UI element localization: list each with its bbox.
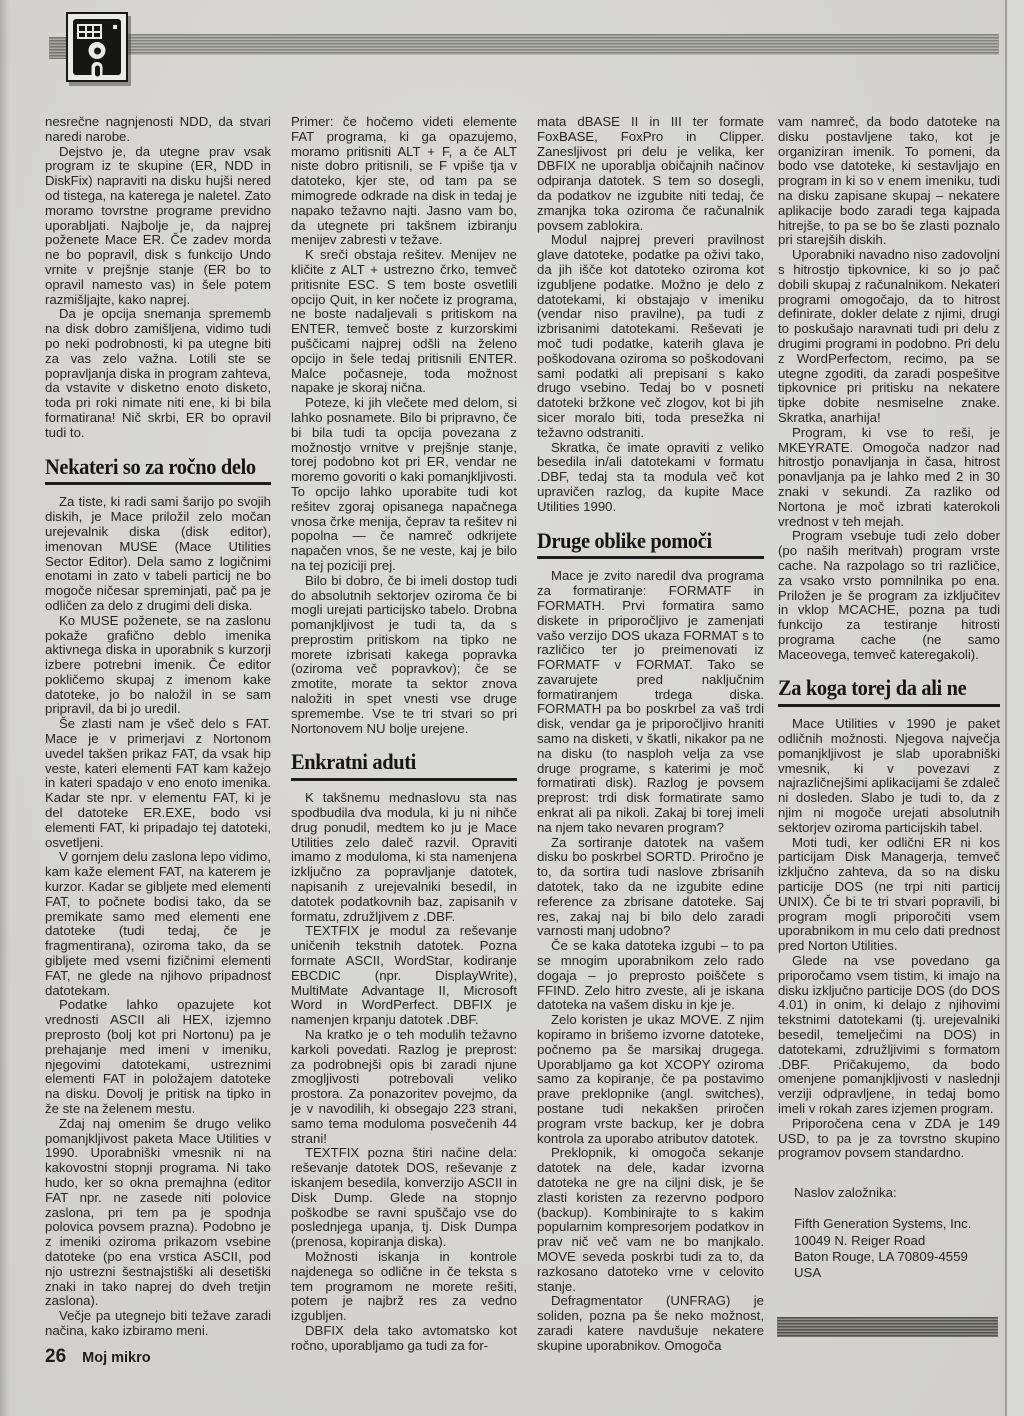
page-number: 26 — [45, 1346, 66, 1368]
paragraph: Zelo koristen je ukaz MOVE. Z njim kopir… — [537, 1013, 764, 1146]
section-heading-rocno-delo: Nekateri so za ročno delo — [45, 460, 271, 486]
floppy-disk-icon — [66, 12, 128, 82]
page-footer: 26 Moj mikro — [45, 1346, 151, 1368]
paragraph: Moti tudi, ker odlični ER ni kos partici… — [778, 836, 1000, 954]
paragraph: Ko MUSE poženete, se na zaslonu pokaže g… — [45, 614, 271, 718]
paragraph: Glede na vse povedano ga priporočamo vse… — [778, 954, 1000, 1117]
paragraph: Program, ki vse to reši, je MKEYRATE. Om… — [778, 426, 1000, 530]
floppy-disk-label — [77, 24, 102, 39]
text-column-2: Primer: če hočemo videti elemente FAT pr… — [291, 115, 517, 1354]
paragraph: Podatke lahko opazujete kot vrednosti AS… — [45, 998, 271, 1116]
paragraph: V gornjem delu zaslona lepo vidimo, kam … — [45, 850, 271, 998]
paragraph: mata dBASE II in III ter formate FoxBASE… — [537, 115, 764, 233]
publisher-address-line: USA — [794, 1265, 1000, 1281]
text-column-3: mata dBASE II in III ter formate FoxBASE… — [537, 115, 764, 1354]
paragraph: K takšnemu mednaslovu sta nas spodbudila… — [291, 791, 517, 924]
paragraph: vam namreč, da bodo datoteke na disku po… — [778, 115, 1000, 248]
paragraph: Dejstvo je, da utegne prav vsak program … — [45, 145, 271, 308]
paragraph: Da je opcija snemanja sprememb na disk d… — [45, 307, 271, 440]
paragraph: Za tiste, ki radi sami šarijo po svojih … — [45, 495, 271, 613]
page-left-edge-shade — [0, 0, 10, 1416]
paragraph: Primer: če hočemo videti elemente FAT pr… — [291, 115, 517, 248]
publisher-address-line: 10049 N. Reiger Road — [794, 1233, 1000, 1249]
paragraph: Priporočena cena v ZDA je 149 USD, to pa… — [778, 1117, 1000, 1161]
paragraph: Mace je zvito naredil dva programa za fo… — [537, 569, 764, 835]
publisher-label: Naslov založnika: — [794, 1185, 1000, 1201]
paragraph: Še zlasti nam je všeč delo s FAT. Mace j… — [45, 717, 271, 850]
magazine-page: nesrečne nagnjenosti NDD, da stvari nare… — [0, 0, 1024, 1416]
publisher-address: Fifth Generation Systems, Inc. 10049 N. … — [794, 1216, 1000, 1281]
paragraph: Če se kaka datoteka izgubi – to pa se mn… — [537, 939, 764, 1013]
section-heading-druge-oblike: Druge oblike pomoči — [537, 534, 764, 560]
paragraph: Večje pa utegnejo biti težave zaradi nač… — [45, 1309, 271, 1339]
paragraph: Skratka, če imate opraviti z veliko bese… — [537, 441, 764, 515]
publisher-block: Naslov založnika: Fifth Generation Syste… — [794, 1185, 1000, 1281]
paragraph: Uporabniki navadno niso zadovoljni s hit… — [778, 248, 1000, 426]
paragraph: Program vsebuje tudi zelo dober (po naši… — [778, 529, 1000, 662]
paragraph: Preklopnik, ki omogoča sekanje datotek n… — [537, 1146, 764, 1294]
paragraph: Možnosti iskanja in kontrole najdenega s… — [291, 1250, 517, 1324]
striped-bar-top — [127, 34, 999, 55]
paragraph: Mace Utilities v 1990 je paket odličnih … — [778, 717, 1000, 835]
floppy-disk-hub — [89, 42, 106, 59]
text-column-4: vam namreč, da bodo datoteke na disku po… — [778, 115, 1000, 1281]
text-column-1: nesrečne nagnjenosti NDD, da stvari nare… — [45, 115, 271, 1339]
page-fold-line — [1005, 0, 1007, 1416]
paragraph: TEXTFIX pozna štiri načine dela: reševan… — [291, 1146, 517, 1250]
paragraph: nesrečne nagnjenosti NDD, da stvari nare… — [45, 115, 271, 145]
publisher-address-line: Fifth Generation Systems, Inc. — [794, 1216, 1000, 1232]
page-right-margin — [1007, 0, 1024, 1416]
paragraph: Za sortiranje datotek na vašem disku bo … — [537, 836, 764, 940]
magazine-name: Moj mikro — [82, 1350, 150, 1366]
section-heading-za-koga: Za koga torej da ali ne — [778, 681, 1000, 707]
paragraph: Modul najprej preveri pravilnost glave d… — [537, 233, 764, 440]
paragraph: DBFIX dela tako avtomatsko kot ročno, up… — [291, 1324, 517, 1354]
paragraph: TEXTFIX je modul za reševanje uničenih t… — [291, 924, 517, 1028]
floppy-disk-slot — [92, 62, 103, 79]
floppy-disk-notch — [113, 25, 117, 29]
paragraph: Zdaj naj omenim še drugo veliko pomanjkl… — [45, 1117, 271, 1309]
paragraph: K sreči obstaja rešitev. Menijev ne klič… — [291, 248, 517, 396]
publisher-address-line: Baton Rouge, LA 70809-4559 — [794, 1249, 1000, 1265]
striped-bar-bottom — [777, 1317, 998, 1337]
striped-bar-stub — [49, 37, 66, 59]
paragraph: Bilo bi dobro, če bi imeli dostop tudi d… — [291, 574, 517, 737]
paragraph: Na kratko je o teh modulih težavno karko… — [291, 1028, 517, 1146]
section-heading-enkratni-aduti: Enkratni aduti — [291, 755, 517, 781]
paragraph: Poteze, ki jih vlečete med delom, si lah… — [291, 396, 517, 574]
floppy-disk-icon-body — [73, 19, 121, 75]
paragraph: Defragmentator (UNFRAG) je soliden, pozn… — [537, 1294, 764, 1353]
